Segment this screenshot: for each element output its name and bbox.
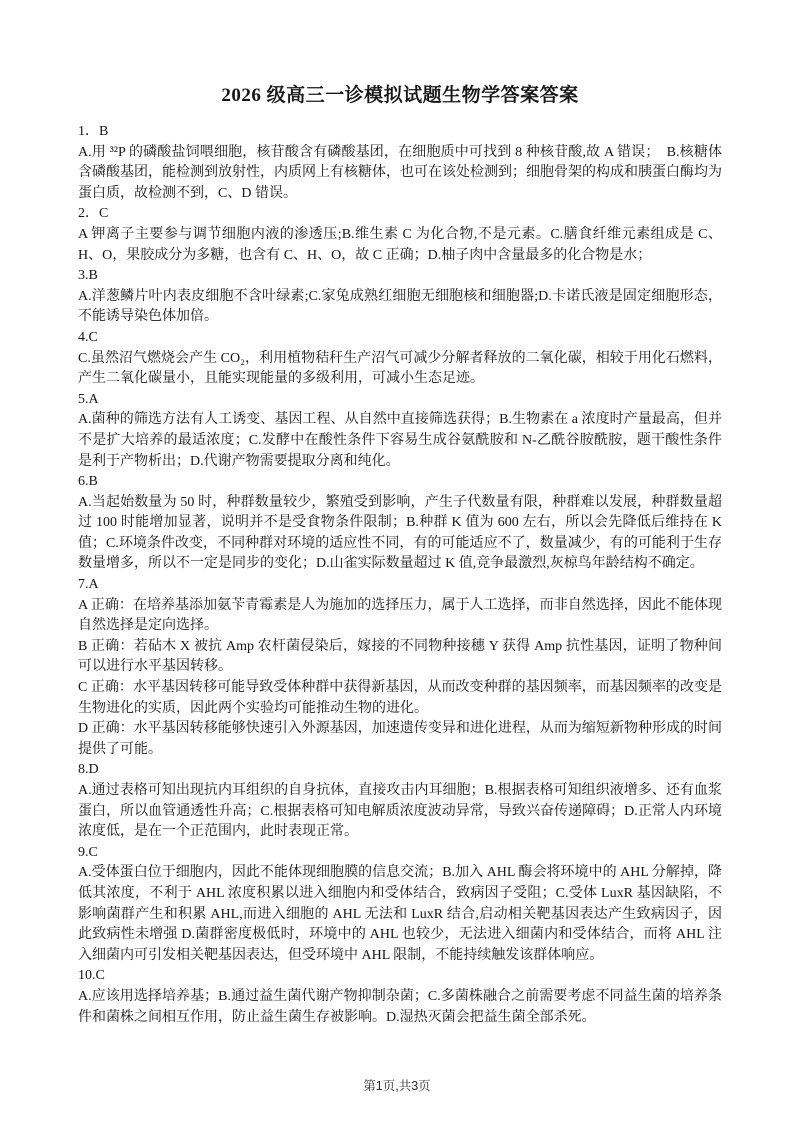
answer-paragraph: B 正确：若砧木 X 被抗 Amp 农杆菌侵染后，嫁接的不同物种接穗 Y 获得 … [78, 637, 722, 678]
answer-number: 1．B [78, 122, 722, 143]
answer-paragraph: A 钾离子主要参与调节细胞内液的渗透压;B.维生素 C 为化合物,不是元素。C.… [78, 225, 722, 266]
answer-number: 6.B [78, 472, 722, 493]
answer-section-7: 7.A A 正确：在培养基添加氨苄青霉素是人为施加的选择压力，属于人工选择，而非… [78, 575, 722, 760]
answer-number: 9.C [78, 843, 722, 864]
answer-paragraph: A.当起始数量为 50 时，种群数量较少，繁殖受到影响，产生子代数量有限，种群难… [78, 493, 722, 575]
answer-paragraph: A.用 ³²P 的磷酸盐饲喂细胞，核苷酸含有磷酸基团，在细胞质中可找到 8 种核… [78, 143, 722, 205]
answer-paragraph: C 正确：水平基因转移可能导致受体种群中获得新基因，从而改变种群的基因频率，而基… [78, 678, 722, 719]
answers-list: 1．B A.用 ³²P 的磷酸盐饲喂细胞，核苷酸含有磷酸基团，在细胞质中可找到 … [78, 122, 722, 1028]
answer-section-6: 6.B A.当起始数量为 50 时，种群数量较少，繁殖受到影响，产生子代数量有限… [78, 472, 722, 575]
answer-paragraph: A.菌种的筛选方法有人工诱变、基因工程、从自然中直接筛选获得；B.生物素在 a … [78, 410, 722, 472]
answer-paragraph: A 正确：在培养基添加氨苄青霉素是人为施加的选择压力，属于人工选择，而非自然选择… [78, 596, 722, 637]
answer-paragraph: A.通过表格可知出现抗内耳组织的自身抗体，直接攻击内耳细胞；B.根据表格可知组织… [78, 781, 722, 843]
answer-number: 4.C [78, 328, 722, 349]
answer-number: 5.A [78, 390, 722, 411]
answer-number: 8.D [78, 760, 722, 781]
answer-paragraph: A.洋葱鳞片叶内表皮细胞不含叶绿素;C.家兔成熟红细胞无细胞核和细胞器;D.卡诺… [78, 287, 722, 328]
answer-section-4: 4.C C.虽然沼气燃烧会产生 CO₂，利用植物秸秆生产沼气可减少分解者释放的二… [78, 328, 722, 390]
answer-paragraph: A.受体蛋白位于细胞内，因此不能体现细胞膜的信息交流；B.加入 AHL 酶会将环… [78, 863, 722, 966]
answer-number: 3.B [78, 266, 722, 287]
answer-section-5: 5.A A.菌种的筛选方法有人工诱变、基因工程、从自然中直接筛选获得；B.生物素… [78, 390, 722, 472]
answer-section-3: 3.B A.洋葱鳞片叶内表皮细胞不含叶绿素;C.家兔成熟红细胞无细胞核和细胞器;… [78, 266, 722, 328]
answer-section-10: 10.C A.应该用选择培养基；B.通过益生菌代谢产物抑制杂菌；C.多菌株融合之… [78, 966, 722, 1028]
answer-section-8: 8.D A.通过表格可知出现抗内耳组织的自身抗体，直接攻击内耳细胞；B.根据表格… [78, 760, 722, 842]
answer-number: 10.C [78, 966, 722, 987]
answer-paragraph: C.虽然沼气燃烧会产生 CO₂，利用植物秸秆生产沼气可减少分解者释放的二氧化碳，… [78, 349, 722, 390]
page-footer: 第1页,共3页 [0, 1076, 794, 1094]
answer-number: 2．C [78, 204, 722, 225]
page-number: 第1页,共3页 [363, 1079, 430, 1093]
answer-paragraph: D 正确：水平基因转移能够快速引入外源基因，加速遗传变异和进化进程，从而为缩短新… [78, 719, 722, 760]
document-page: 2026 级高三一诊模拟试题生物学答案答案 1．B A.用 ³²P 的磷酸盐饲喂… [0, 0, 794, 1122]
answer-section-9: 9.C A.受体蛋白位于细胞内，因此不能体现细胞膜的信息交流；B.加入 AHL … [78, 843, 722, 967]
answer-number: 7.A [78, 575, 722, 596]
answer-paragraph: A.应该用选择培养基；B.通过益生菌代谢产物抑制杂菌；C.多菌株融合之前需要考虑… [78, 987, 722, 1028]
answer-section-1: 1．B A.用 ³²P 的磷酸盐饲喂细胞，核苷酸含有磷酸基团，在细胞质中可找到 … [78, 122, 722, 204]
answer-section-2: 2．C A 钾离子主要参与调节细胞内液的渗透压;B.维生素 C 为化合物,不是元… [78, 204, 722, 266]
document-title: 2026 级高三一诊模拟试题生物学答案答案 [78, 84, 722, 108]
